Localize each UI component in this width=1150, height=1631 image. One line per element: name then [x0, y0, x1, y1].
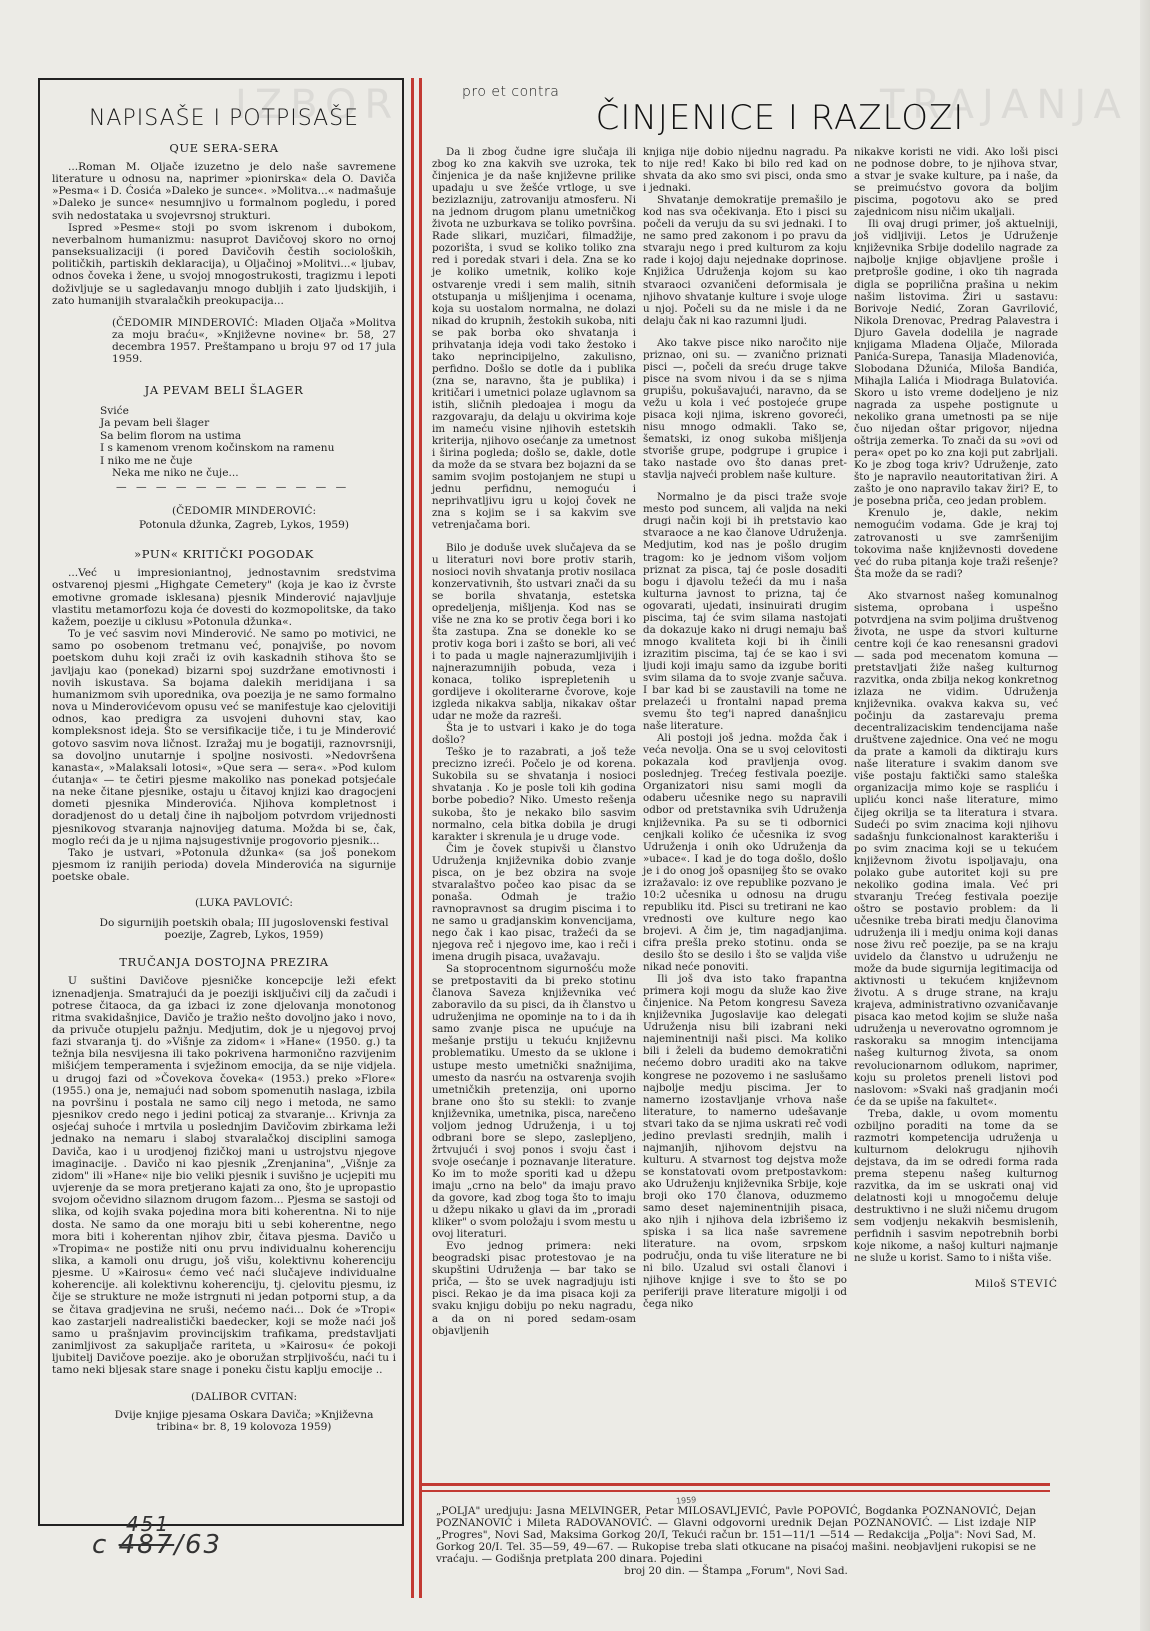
item-heading: TRUČANJA DOSTOJNA PREZIRA [52, 955, 396, 969]
paragraph: Bilo je doduše uvek slučajeva da se u li… [432, 542, 636, 723]
red-rule-left-inner [419, 78, 422, 1598]
citation-source: Potonula džunka, Zagreb, Lykos, 1959) [92, 519, 396, 531]
poem: Sviće Ja pevam beli šlager Sa belim flor… [100, 405, 396, 479]
item-beli-slager: JA PEVAM BELI ŠLAGER Sviće Ja pevam beli… [52, 383, 396, 531]
poem-line: Sa belim florom na ustima [100, 430, 396, 442]
citation-author: (DALIBOR CVITAN: [92, 1391, 396, 1403]
imprint-text: „POLJA" uredjuju: Jasna MELVINGER, Petar… [436, 1506, 1036, 1566]
paragraph: knjiga nije dobio nijednu nagradu. Pa to… [643, 146, 847, 194]
paragraph: nikakve koristi ne vidi. Ako loši pisci … [854, 146, 1058, 218]
item-heading: QUE SERA-SERA [52, 141, 396, 155]
section-title: NAPISAŠE I POTPISAŠE [52, 106, 396, 131]
page-edge [1140, 0, 1150, 1631]
citation: (ČEDOMIR MINDEROVIĆ: Mladen Oljača »Moli… [112, 317, 396, 365]
paragraph: Tako je ustvari, »Potonula džunka« (sa j… [52, 847, 396, 883]
red-rule-left-outer [411, 78, 414, 1598]
paragraph: Ako takve pisce niko naročito nije prizn… [643, 337, 847, 482]
paragraph: Čim je čovek stupivši u članstvo Udružen… [432, 843, 636, 963]
paragraph: Krenulo je, dakle, nekim nemogućim vodam… [854, 507, 1058, 579]
paragraph: ...Već u impresioniantnoj, jednostavnim … [52, 567, 396, 628]
paragraph: Treba, dakle, u ovom momentu ozbiljno po… [854, 1108, 1058, 1265]
poem-line: I s kamenom vrenom kočinskom na ramenu [100, 442, 396, 454]
red-rule-bottom-lower [419, 1490, 1050, 1492]
paragraph: ...Roman M. Oljače izuzetno je delo naše… [52, 161, 396, 222]
note-prefix: c [92, 1530, 108, 1560]
author-first-name: Miloš [975, 1278, 1006, 1290]
handwritten-note: c 487/63 451 [92, 1530, 222, 1560]
poem-line: Neka me niko ne čuje... [100, 467, 396, 479]
paragraph: U suštini Davičove pjesničke koncepcije … [52, 975, 396, 1376]
imprint: „POLJA" uredjuju: Jasna MELVINGER, Petar… [436, 1506, 1036, 1577]
paragraph: Normalno je da pisci traže svoje mesto p… [643, 491, 847, 732]
paragraph: Teško je to razabrati, a još teže preciz… [432, 746, 636, 842]
paragraph: Ispred »Pesme« stoji po svom iskrenom i … [52, 222, 396, 307]
citation-source: Do sigurnijih poetskih obala; III jugosl… [92, 917, 396, 941]
article-column-3: nikakve koristi ne vidi. Ako loši pisci … [854, 146, 1058, 1290]
article-column-2: knjiga nije dobio nijednu nagradu. Pa to… [643, 146, 847, 1310]
item-heading: JA PEVAM BELI ŠLAGER [52, 383, 396, 397]
note-suffix: /63 [174, 1530, 222, 1560]
paragraph: To je već sasvim novi Minderović. Ne sam… [52, 628, 396, 847]
item-heading: »PUN« KRITIČKI POGODAK [52, 547, 396, 561]
dash-divider: — — — — — — — — — — — — [116, 481, 396, 493]
paragraph: Evo jednog primera: neki beogradski pisa… [432, 1240, 636, 1336]
paragraph: Ili još dva isto tako frapantna primera … [643, 973, 847, 1310]
citation-author: (ČEDOMIR MINDEROVIĆ: [92, 505, 396, 517]
left-box-napisase: NAPISAŠE I POTPISAŠE QUE SERA-SERA ...Ro… [38, 78, 402, 1526]
item-que-sera: QUE SERA-SERA ...Roman M. Oljače izuzetn… [52, 141, 396, 365]
article-title: ČINJENICE I RAZLOZI [540, 98, 1020, 138]
poem-line: Sviće [100, 405, 396, 417]
paragraph: Sa stoprocentnom sigurnošću može se pret… [432, 963, 636, 1240]
paragraph: Ili ovaj drugi primer, još aktuelniji, j… [854, 218, 1058, 507]
poem-line: I niko me ne čuje [100, 455, 396, 467]
item-trucanja: TRUČANJA DOSTOJNA PREZIRA U suštini Davi… [52, 955, 396, 1432]
citation-author: (LUKA PAVLOVIĆ: [92, 897, 396, 909]
paragraph: Da li zbog čudne igre slučaja ili zbog k… [432, 146, 636, 532]
box-border [402, 78, 404, 1526]
paragraph: Šta je to ustvari i kako je do toga došl… [432, 722, 636, 746]
paragraph: Shvatanje demokratije premašilo je kod n… [643, 194, 847, 327]
imprint-last-line: broj 20 din. — Štampa „Forum", Novi Sad. [436, 1566, 1036, 1578]
paragraph: Ali postoji još jedna. možda čak i veća … [643, 732, 847, 973]
poem-line: Ja pevam beli šlager [100, 417, 396, 429]
author-signature: Miloš STEVIĆ [854, 1278, 1058, 1290]
citation-source: Dvije knjige pjesama Oskara Daviča; »Knj… [92, 1409, 396, 1433]
paragraph: Ako stvarnost našeg komunalnog sistema, … [854, 590, 1058, 1108]
article-column-1: Da li zbog čudne igre slučaja ili zbog k… [432, 146, 636, 1337]
red-rule-bottom-upper [419, 1483, 1050, 1486]
note-corrected-number: 451 [126, 1512, 170, 1536]
item-kriticki-pogodak: »PUN« KRITIČKI POGODAK ...Već u impresio… [52, 547, 396, 941]
author-last-name: STEVIĆ [1010, 1278, 1058, 1290]
